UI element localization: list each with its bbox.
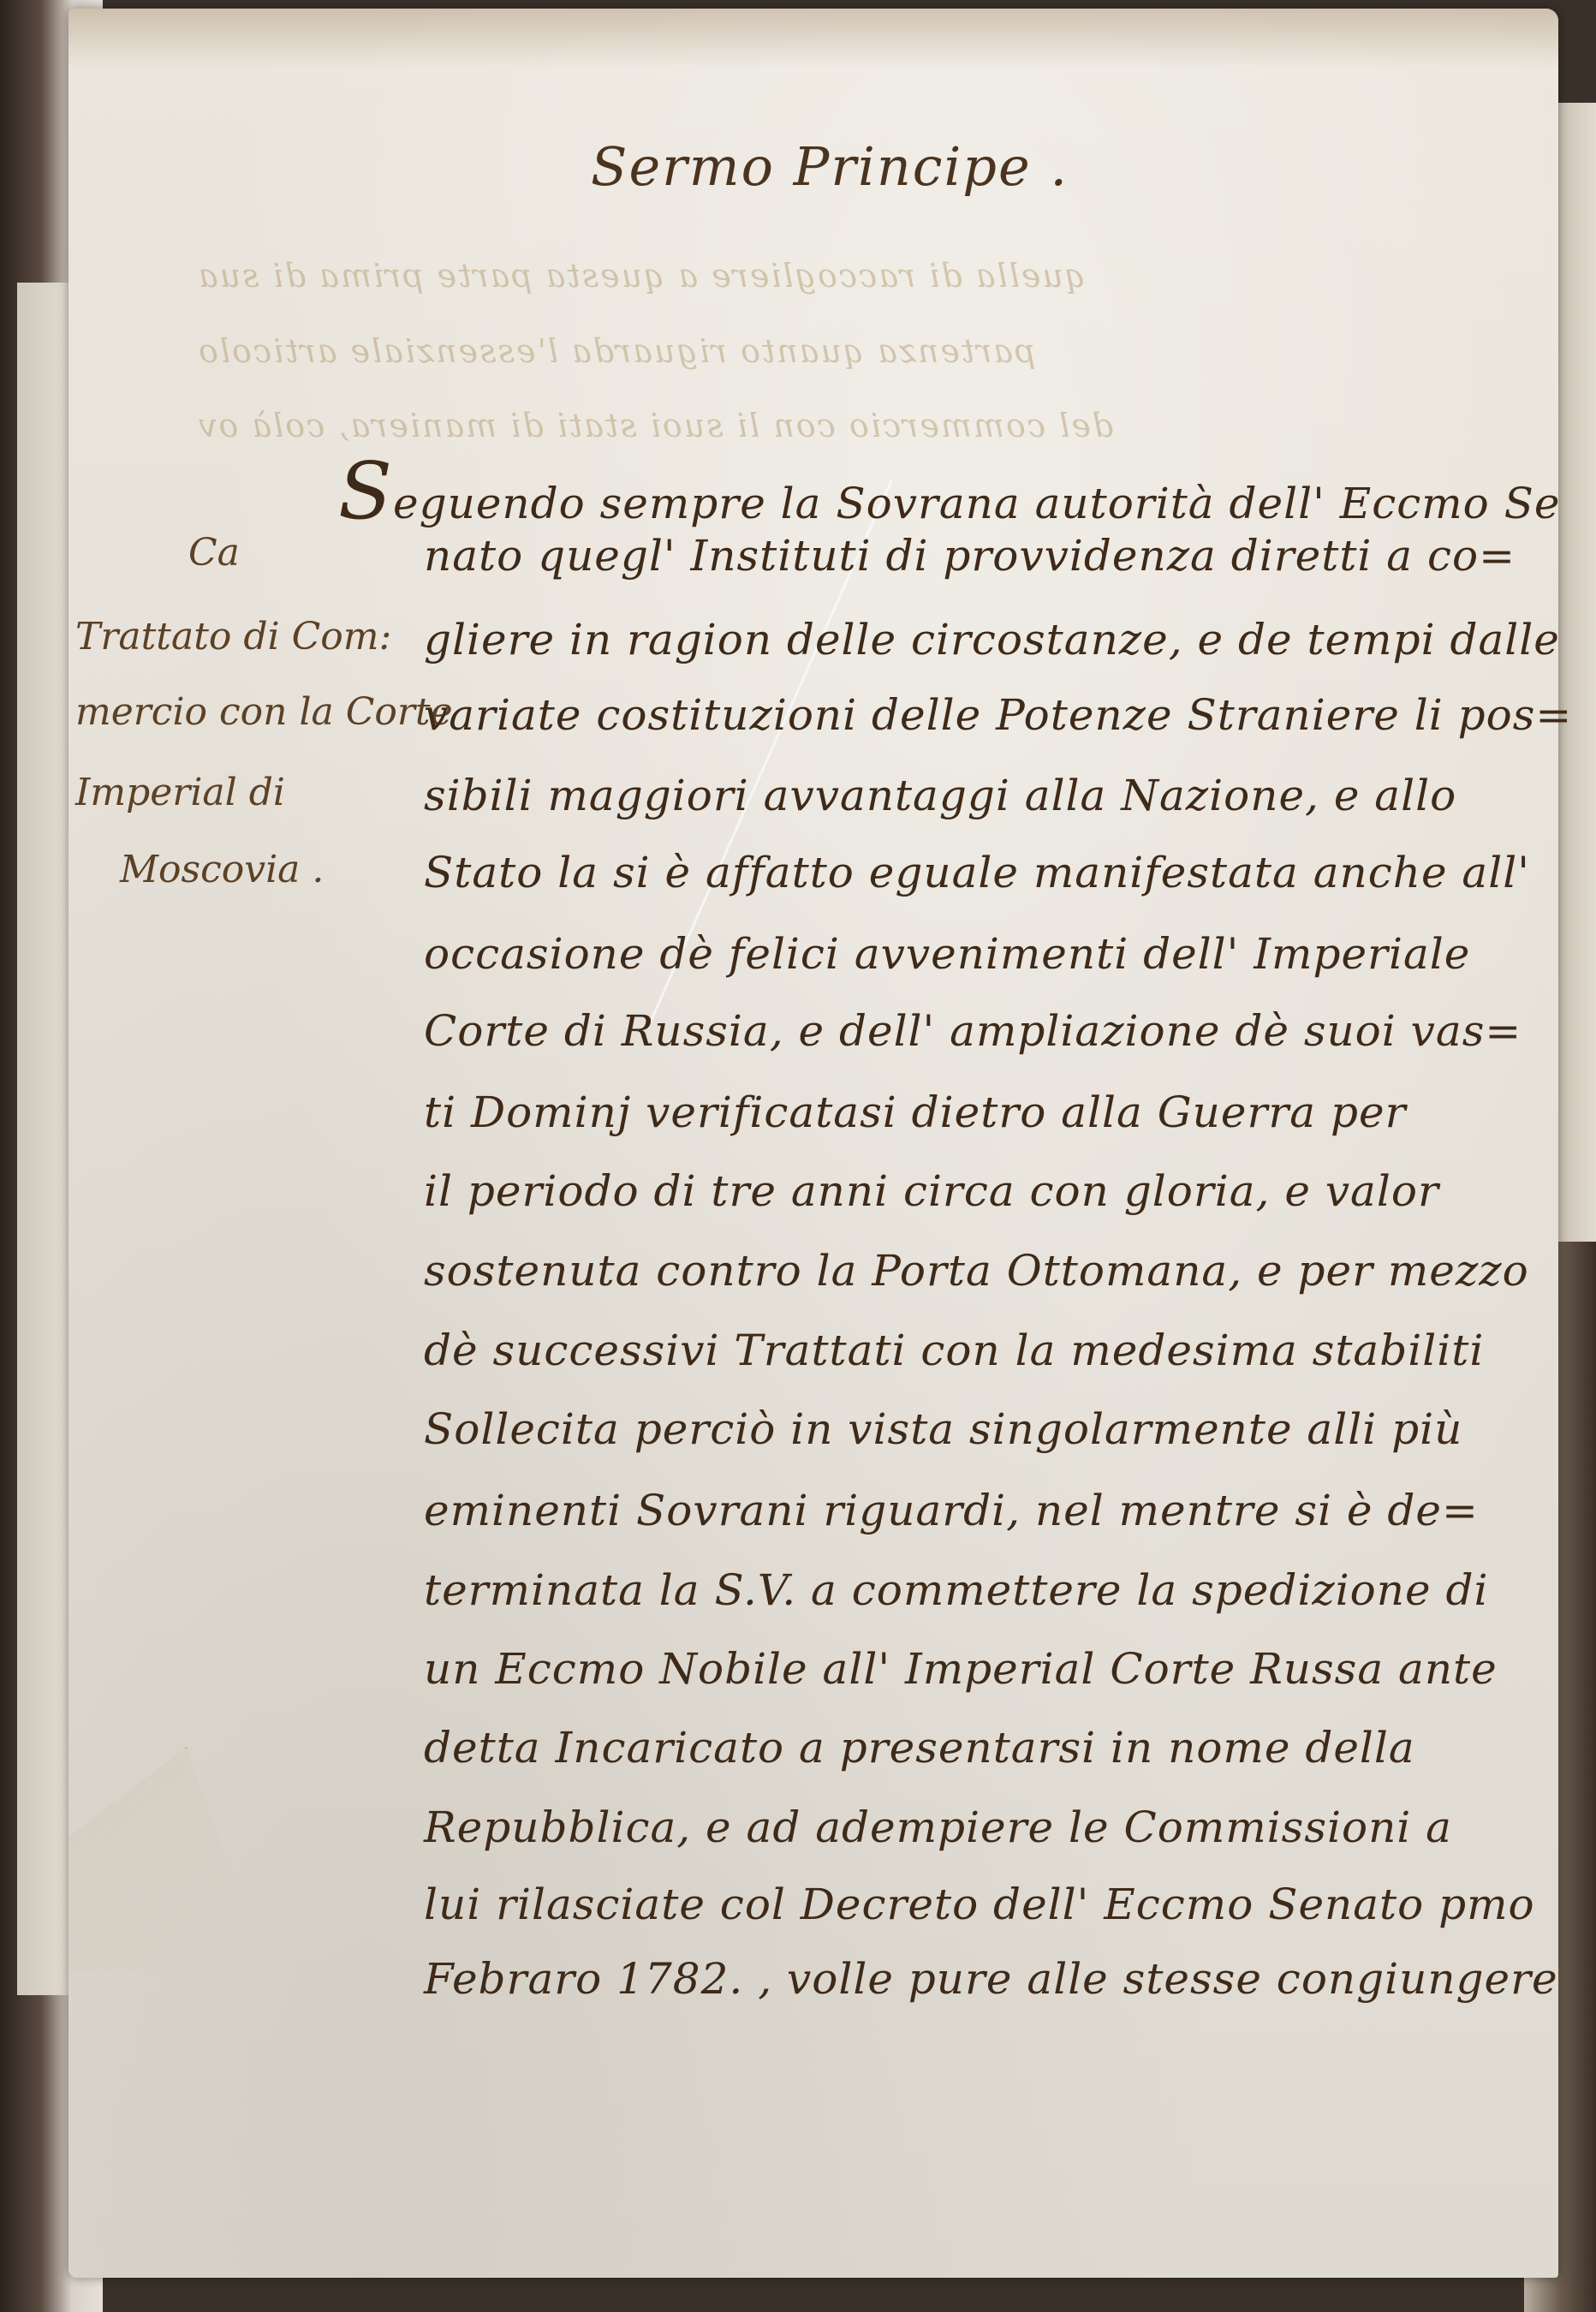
margin-note-line: Trattato di Com:	[75, 615, 391, 658]
document-title: Sermo Principe .	[591, 135, 1069, 198]
bleed-through-line: del commercio con li suoi stati di manie…	[197, 407, 1113, 444]
bleed-through-line: quella di raccogliere a questa parte pri…	[197, 257, 1086, 295]
body-line: Seguendo sempre la Sovrana autorità dell…	[338, 445, 1560, 537]
body-line: detta Incaricato a presentarsi in nome d…	[424, 1723, 1415, 1773]
body-line: Repubblica, e ad adempiere le Commission…	[424, 1803, 1452, 1852]
body-line: Corte di Russia, e dell' ampliazione dè …	[424, 1006, 1522, 1056]
body-line: variate costituzioni delle Potenze Stran…	[424, 690, 1572, 740]
body-line: occasione dè felici avvenimenti dell' Im…	[424, 929, 1470, 979]
bleed-through-line: partenza quanto riguarda l'essenziale ar…	[197, 332, 1035, 370]
body-line: gliere in ragion delle circostanze, e de…	[424, 615, 1560, 664]
page-stain	[68, 9, 1558, 69]
body-line: il periodo di tre anni circa con gloria,…	[424, 1166, 1439, 1216]
body-line: terminata la S.V. a commettere la spediz…	[424, 1565, 1488, 1615]
body-line: sostenuta contro la Porta Ottomana, e pe…	[424, 1246, 1529, 1296]
body-line: dè successivi Trattati con la medesima s…	[424, 1326, 1484, 1375]
body-line: Sollecita perciò in vista singolarmente …	[424, 1404, 1462, 1454]
margin-note-line: Moscovia .	[120, 848, 324, 891]
body-line: Febraro 1782. , volle pure alle stesse c…	[424, 1954, 1558, 2004]
margin-note-line: Ca	[188, 531, 240, 575]
body-line: ti Dominj verificatasi dietro alla Guerr…	[424, 1087, 1406, 1137]
body-line: nato quegl' Instituti di provvidenza dir…	[424, 531, 1516, 581]
body-line: eminenti Sovrani riguardi, nel mentre si…	[424, 1486, 1479, 1535]
body-line: sibili maggiori avvantaggi alla Nazione,…	[424, 771, 1456, 820]
margin-note-line: mercio con la Corte	[75, 690, 453, 734]
margin-note-line: Imperial di	[75, 771, 285, 814]
body-line: Stato la si è affatto eguale manifestata…	[424, 848, 1530, 897]
body-line: lui rilasciate col Decreto dell' Eccmo S…	[424, 1880, 1535, 1929]
body-line: un Eccmo Nobile all' Imperial Corte Russ…	[424, 1644, 1498, 1694]
